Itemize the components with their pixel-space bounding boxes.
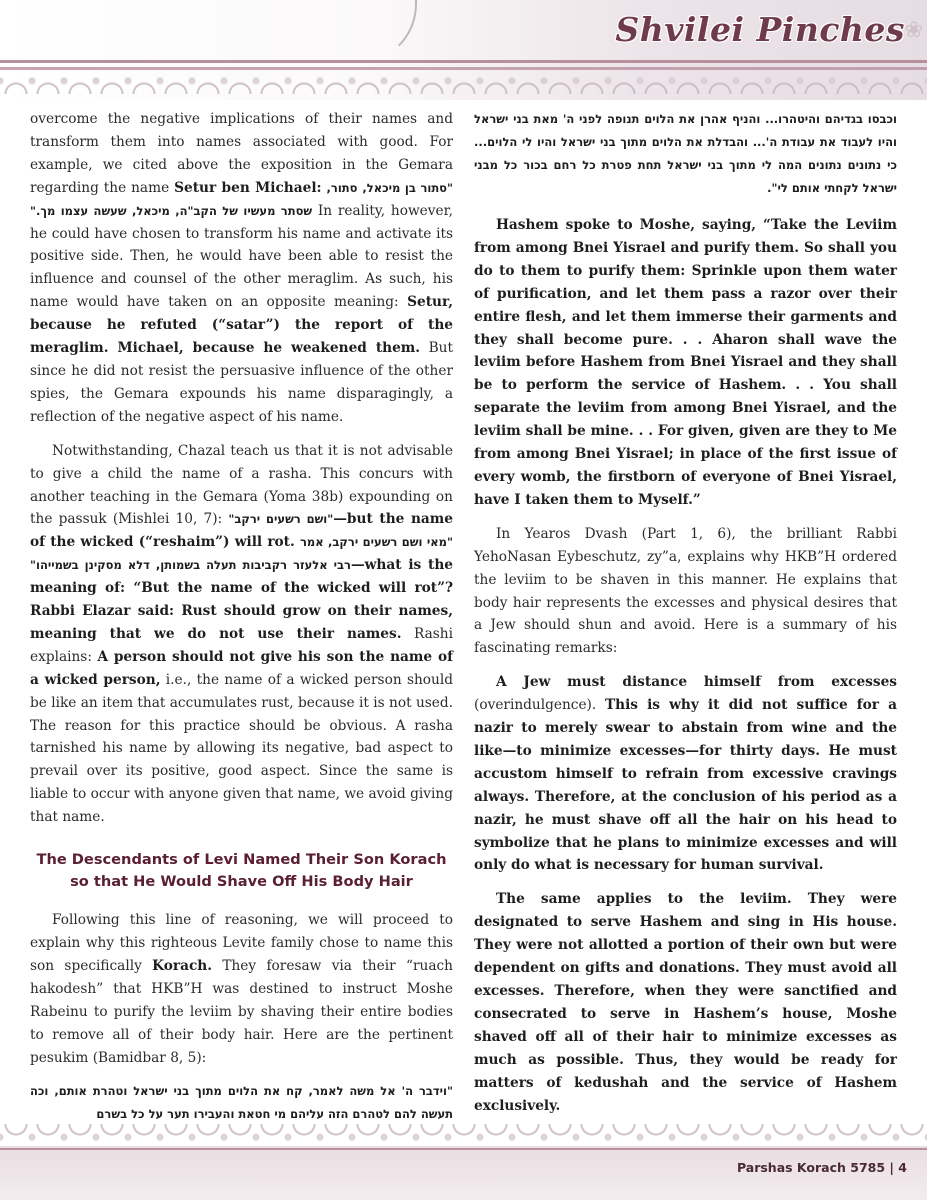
hebrew-text: "סתור בן מיכאל, bbox=[362, 181, 453, 195]
publication-title: Shvilei Pinches bbox=[615, 10, 905, 49]
flourish-icon: ❀ bbox=[905, 18, 923, 43]
hebrew-quote: וכבסו בגדיהם והיטהרו... והניף אהרן את הל… bbox=[474, 108, 897, 200]
left-column: overcome the negative implications of th… bbox=[30, 108, 453, 1126]
paragraph: The same applies to the leviim. They wer… bbox=[474, 888, 897, 1117]
paragraph: Following this line of reasoning, we wil… bbox=[30, 909, 453, 1069]
bold-text: Setur ben Michael: bbox=[174, 180, 321, 196]
ornamental-border-top bbox=[0, 72, 927, 94]
ornamental-border-bottom bbox=[0, 1124, 927, 1146]
decorative-swirl-icon bbox=[355, 0, 417, 64]
bold-text: This is why it did not suffice for a naz… bbox=[474, 697, 897, 873]
bold-text: Korach. bbox=[152, 958, 212, 974]
footer-rule bbox=[0, 1148, 927, 1150]
page-footer: Parshas Korach 5785 | 4 bbox=[0, 1146, 927, 1200]
section-heading: The Descendants of Levi Named Their Son … bbox=[30, 849, 453, 893]
hebrew-text: "ושם רשעים ירקב" bbox=[228, 512, 333, 526]
header-rule bbox=[0, 67, 927, 70]
header-rule bbox=[0, 60, 927, 63]
paragraph: overcome the negative implications of th… bbox=[30, 108, 453, 429]
paragraph: In Yearos Dvash (Part 1, 6), the brillia… bbox=[474, 523, 897, 660]
bold-text: A Jew must distance himself from excesse… bbox=[496, 674, 897, 690]
hebrew-quote: "וידבר ה' אל משה לאמר, קח את הלוים מתוך … bbox=[30, 1080, 453, 1126]
paragraph: Notwithstanding, Chazal teach us that it… bbox=[30, 440, 453, 829]
right-column: וכבסו בגדיהם והיטהרו... והניף אהרן את הל… bbox=[474, 108, 897, 1128]
footer-page-label: Parshas Korach 5785 | 4 bbox=[737, 1160, 907, 1175]
translation-paragraph: Hashem spoke to Moshe, saying, “Take the… bbox=[474, 214, 897, 512]
paragraph: A Jew must distance himself from excesse… bbox=[474, 671, 897, 877]
